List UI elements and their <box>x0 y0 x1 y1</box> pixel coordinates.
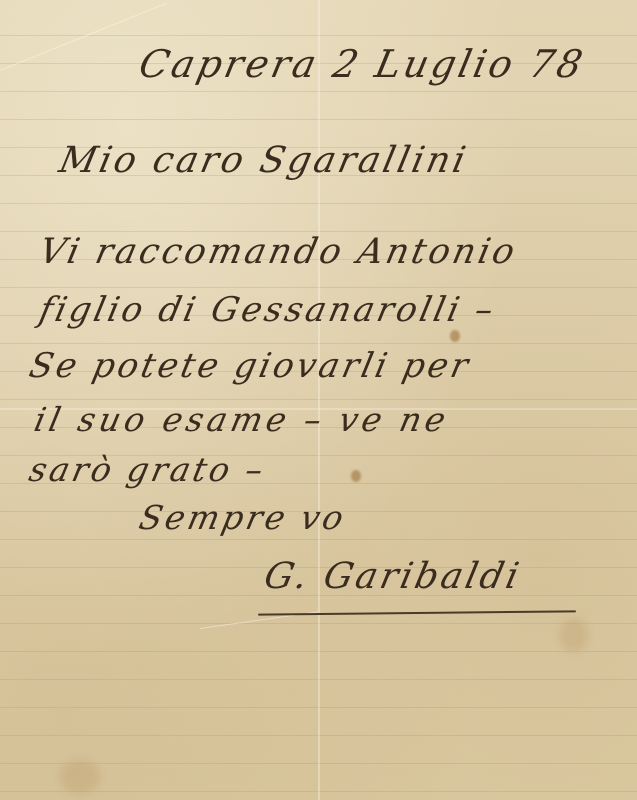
ink-stain <box>351 470 361 482</box>
body-line-1: Vi raccomando Antonio <box>36 232 521 272</box>
body-line-3: Se potete giovarli per <box>26 346 475 386</box>
ink-stain <box>450 330 460 342</box>
place-date-line: Caprera 2 Luglio 78 <box>135 42 589 86</box>
body-line-2: figlio di Gessanarolli – <box>36 290 500 330</box>
body-line-5: sarò grato – <box>26 450 270 489</box>
closing: Sempre vo <box>136 498 350 537</box>
signature: G. Garibaldi <box>261 556 526 597</box>
salutation: Mio caro Sgarallini <box>56 140 472 181</box>
letter-page: Caprera 2 Luglio 78 Mio caro Sgarallini … <box>0 0 637 800</box>
body-line-4: il suo esame – ve ne <box>31 400 453 439</box>
water-stain <box>60 760 100 794</box>
water-stain <box>560 618 588 652</box>
